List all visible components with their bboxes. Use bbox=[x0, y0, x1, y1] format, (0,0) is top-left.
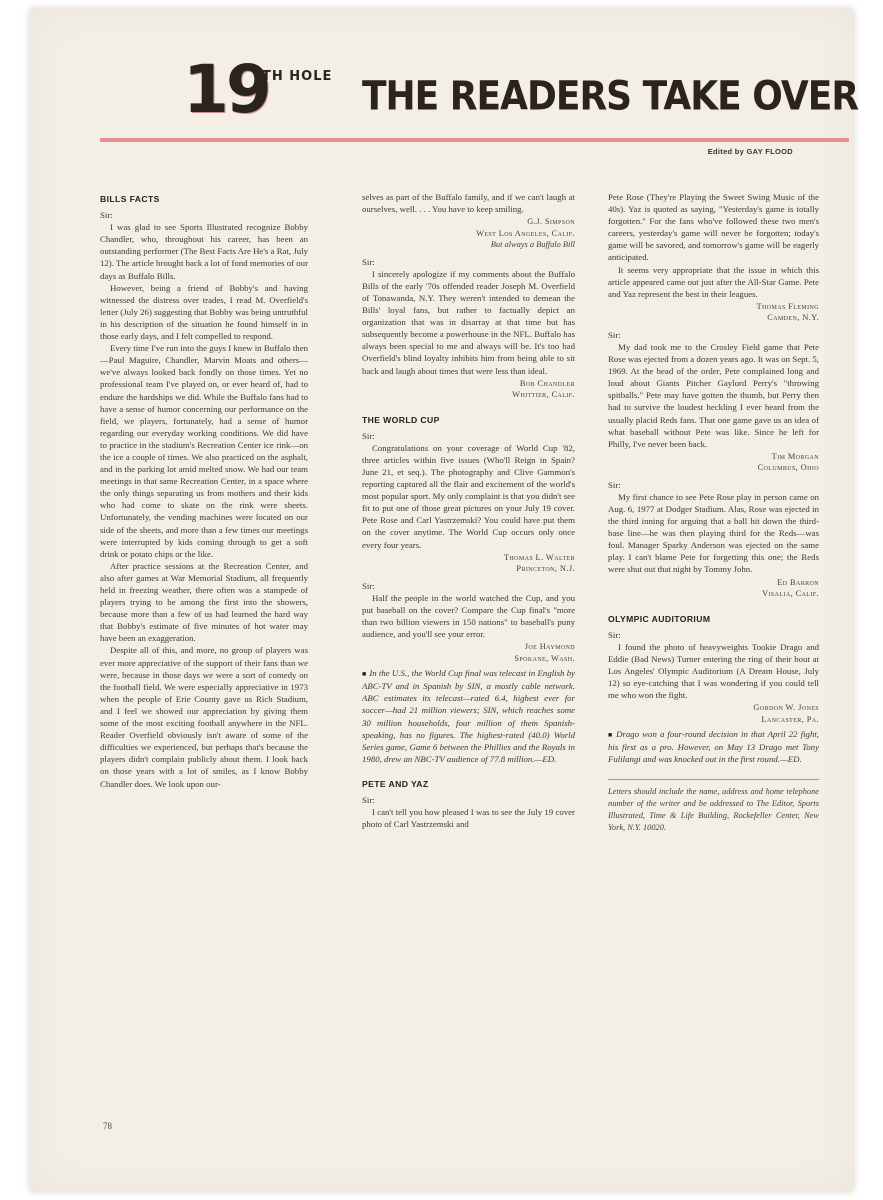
magazine-page: 19 TH HOLE THE READERS TAKE OVER Edited … bbox=[30, 9, 853, 1191]
letter-paragraph: I can't tell you how pleased I was to se… bbox=[362, 806, 575, 830]
letter-paragraph: Half the people in the world watched the… bbox=[362, 592, 575, 640]
letter-paragraph: My dad took me to the Crosley Field game… bbox=[608, 341, 819, 450]
letters-column-2: selves as part of the Buffalo family, an… bbox=[362, 191, 575, 1126]
signature-city: Princeton, N.J. bbox=[362, 563, 575, 575]
signature-name: Ed Barron bbox=[608, 577, 819, 589]
page-number: 78 bbox=[103, 1121, 112, 1131]
salutation: Sir: bbox=[100, 206, 308, 221]
editor-note-marker-icon: ■ bbox=[362, 670, 366, 678]
letters-column-1: BILLS FACTSSir:I was glad to see Sports … bbox=[100, 191, 308, 1126]
letter-heading: PETE AND YAZ bbox=[362, 776, 575, 790]
letter-signature: Thomas L. WalterPrinceton, N.J. bbox=[362, 552, 575, 575]
letter-paragraph: Congratulations on your coverage of Worl… bbox=[362, 442, 575, 551]
editor-note-marker-icon: ■ bbox=[608, 731, 613, 739]
letter-signature: Bob ChandlerWhittier, Calif. bbox=[362, 378, 575, 401]
letter-paragraph: It seems very appropriate that the issue… bbox=[608, 264, 819, 300]
letter-heading: OLYMPIC AUDITORIUM bbox=[608, 611, 819, 625]
letter-paragraph: I sincerely apologize if my comments abo… bbox=[362, 268, 575, 377]
signature-name: Bob Chandler bbox=[362, 378, 575, 390]
signature-city: Columbus, Ohio bbox=[608, 462, 819, 474]
letter-paragraph: However, being a friend of Bobby's and h… bbox=[100, 282, 308, 342]
salutation: Sir: bbox=[608, 476, 819, 491]
editor-note: ■Drago won a four-round decision in that… bbox=[608, 728, 819, 765]
signature-city: Lancaster, Pa. bbox=[608, 714, 819, 726]
signature-city: Spokane, Wash. bbox=[362, 653, 575, 665]
signature-city: West Los Angeles, Calif. bbox=[362, 228, 575, 240]
signature-city: Camden, N.Y. bbox=[608, 312, 819, 324]
signature-name: Joe Haymond bbox=[362, 641, 575, 653]
section-suffix: TH HOLE bbox=[262, 69, 332, 84]
letter-paragraph: After practice sessions at the Recreatio… bbox=[100, 560, 308, 645]
salutation: Sir: bbox=[362, 253, 575, 268]
signature-note: But always a Buffalo Bill bbox=[362, 239, 575, 251]
salutation: Sir: bbox=[362, 577, 575, 592]
letter-paragraph: My first chance to see Pete Rose play in… bbox=[608, 491, 819, 576]
signature-name: G.J. Simpson bbox=[362, 216, 575, 228]
salutation: Sir: bbox=[362, 791, 575, 806]
letter-paragraph: selves as part of the Buffalo family, an… bbox=[362, 191, 575, 215]
letter-heading: THE WORLD CUP bbox=[362, 412, 575, 426]
signature-name: Thomas L. Walter bbox=[362, 552, 575, 564]
letter-signature: Thomas FlemingCamden, N.Y. bbox=[608, 301, 819, 324]
signature-name: Thomas Fleming bbox=[608, 301, 819, 313]
editor-note: ■In the U.S., the World Cup final was te… bbox=[362, 667, 575, 765]
letter-signature: Ed BarronVisalia, Calif. bbox=[608, 577, 819, 600]
letter-heading: BILLS FACTS bbox=[100, 191, 308, 205]
header-rule bbox=[100, 138, 849, 142]
letter-signature: Joe HaymondSpokane, Wash. bbox=[362, 641, 575, 664]
salutation: Sir: bbox=[608, 626, 819, 641]
signature-city: Visalia, Calif. bbox=[608, 588, 819, 600]
letter-paragraph: Despite all of this, and more, no group … bbox=[100, 644, 308, 789]
page-title: THE READERS TAKE OVER bbox=[362, 77, 852, 117]
letters-policy-note: Letters should include the name, address… bbox=[608, 779, 819, 833]
letters-column-3: Pete Rose (They're Playing the Sweet Swi… bbox=[608, 191, 819, 1126]
letter-paragraph: Every time I've run into the guys I knew… bbox=[100, 342, 308, 560]
section-number: 19 bbox=[183, 57, 269, 123]
signature-name: Tim Morgan bbox=[608, 451, 819, 463]
editor-note-text: Drago won a four-round decision in that … bbox=[608, 729, 819, 764]
signature-name: Gordon W. Jones bbox=[608, 702, 819, 714]
letter-paragraph: I was glad to see Sports Illustrated rec… bbox=[100, 221, 308, 281]
editor-note-text: In the U.S., the World Cup final was tel… bbox=[362, 668, 575, 764]
letter-signature: Tim MorganColumbus, Ohio bbox=[608, 451, 819, 474]
letter-paragraph: I found the photo of heavyweights Tookie… bbox=[608, 641, 819, 701]
salutation: Sir: bbox=[608, 326, 819, 341]
salutation: Sir: bbox=[362, 427, 575, 442]
letter-signature: G.J. SimpsonWest Los Angeles, Calif.But … bbox=[362, 216, 575, 251]
signature-city: Whittier, Calif. bbox=[362, 389, 575, 401]
letter-paragraph: Pete Rose (They're Playing the Sweet Swi… bbox=[608, 191, 819, 264]
edited-by-credit: Edited by GAY FLOOD bbox=[708, 147, 793, 156]
letter-signature: Gordon W. JonesLancaster, Pa. bbox=[608, 702, 819, 725]
